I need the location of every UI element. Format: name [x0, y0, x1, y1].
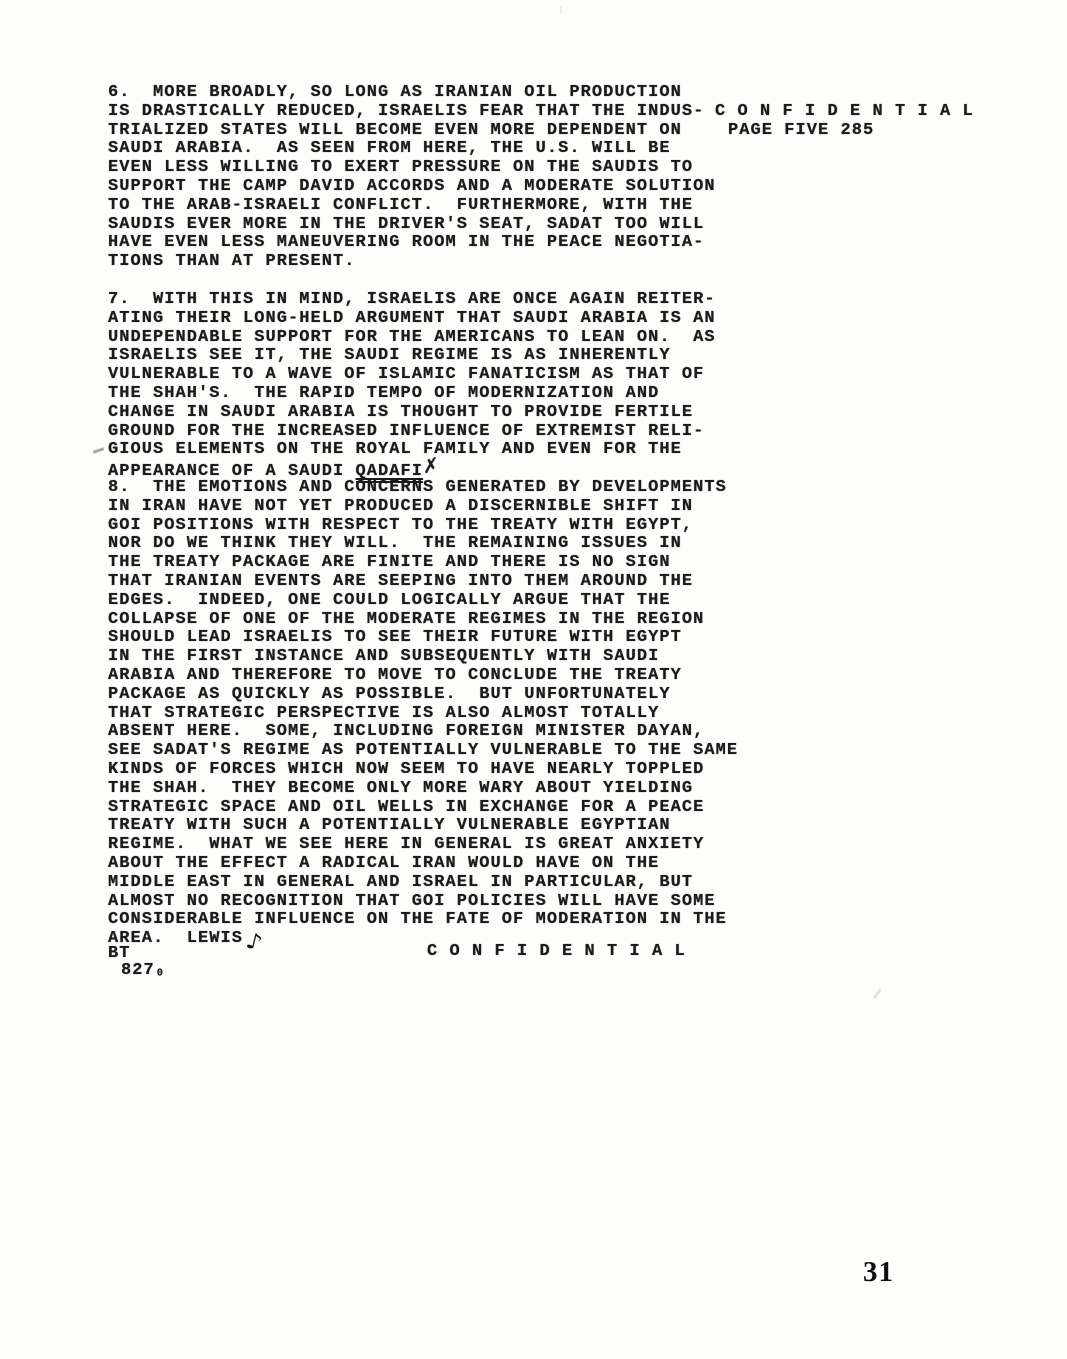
classification-footer: C O N F I D E N T I A L	[427, 943, 686, 962]
paragraph-6: 6. MORE BROADLY, SO LONG AS IRANIAN OIL …	[108, 84, 716, 272]
message-number: 827₀	[121, 962, 166, 981]
scan-artifact-slash	[873, 988, 882, 999]
scanned-document-page: C O N F I D E N T I A L PAGE FIVE 285 6.…	[0, 0, 1067, 1359]
page-reference: PAGE FIVE 285	[728, 122, 874, 141]
classification-header: C O N F I D E N T I A L	[715, 103, 974, 122]
scan-artifact-margin-smudge	[93, 447, 104, 453]
paragraph-8: 8. THE EMOTIONS AND CONCERNS GENERATED B…	[108, 479, 738, 949]
paragraph-7: 7. WITH THIS IN MIND, ISRAELIS ARE ONCE …	[108, 291, 716, 460]
page-number: 31	[863, 1256, 894, 1289]
handwritten-x-mark: ✗	[423, 455, 440, 478]
scan-artifact-speck	[560, 6, 562, 13]
